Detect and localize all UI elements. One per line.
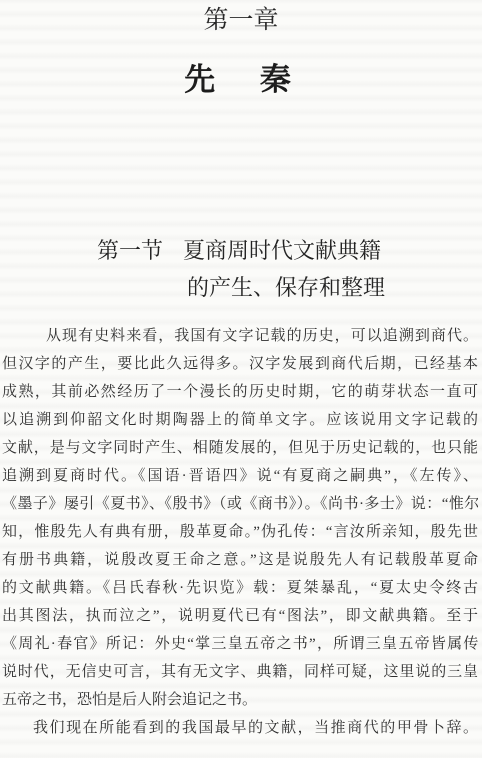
text-line: 文献，是与文字同时产生、相随发展的，但见于历史记载的，也只能 bbox=[2, 434, 478, 462]
text-line: 五帝之书，恐怕是后人附会追记之书。 bbox=[2, 686, 478, 714]
section-heading-block: 第一节夏商周时代文献典籍 的产生、保存和整理 bbox=[97, 232, 385, 306]
text-line: 出其图法，执而泣之”，说明夏代已有“图法”，即文献典籍。至于 bbox=[2, 602, 478, 630]
text-line: 《周礼·春官》所记：外史“掌三皇五帝之书”，所谓三皇五帝皆属传 bbox=[2, 630, 478, 658]
section-heading-line-1: 第一节夏商周时代文献典籍 bbox=[97, 232, 385, 269]
section-heading: 第一节夏商周时代文献典籍 的产生、保存和整理 bbox=[0, 232, 482, 306]
text-line: 追溯到夏商时代。《国语·晋语四》说“有夏商之嗣典”，《左传》、 bbox=[2, 462, 478, 490]
chapter-number: 第一章 bbox=[0, 0, 482, 35]
text-line: 我们现在所能看到的我国最早的文献，当推商代的甲骨卜辞。 bbox=[2, 714, 478, 742]
book-page: 第一章 先 秦 第一节夏商周时代文献典籍 的产生、保存和整理 从现有史料来看，我… bbox=[0, 0, 482, 758]
section-title-part-2: 的产生、保存和整理 bbox=[187, 269, 385, 306]
section-number: 第一节 bbox=[97, 238, 163, 263]
text-line: 但汉字的产生，要比此久远得多。汉字发展到商代后期，已经基本 bbox=[2, 350, 478, 378]
section-title-part-1: 夏商周时代文献典籍 bbox=[183, 238, 381, 263]
text-line: 从现有史料来看，我国有文字记载的历史，可以追溯到商代。 bbox=[2, 322, 478, 350]
text-line: 《墨子》屡引《夏书》、《殷书》（或《商书》）。《尚书·多士》说：“惟尔 bbox=[2, 490, 478, 518]
body-paragraphs: 从现有史料来看，我国有文字记载的历史，可以追溯到商代。 但汉字的产生，要比此久远… bbox=[0, 322, 482, 742]
text-line: 成熟，其前必然经历了一个漫长的历史时期，它的萌芽状态一直可 bbox=[2, 378, 478, 406]
chapter-title: 先 秦 bbox=[0, 61, 482, 99]
text-line: 有册书典籍，说殷改夏王命之意。”这是说殷先人有记载殷革夏命 bbox=[2, 546, 478, 574]
text-line: 知，惟殷先人有典有册，殷革夏命。”伪孔传：“言汝所亲知，殷先世 bbox=[2, 518, 478, 546]
text-line: 以追溯到仰韶文化时期陶器上的简单文字。应该说用文字记载的 bbox=[2, 406, 478, 434]
text-line: 的文献典籍。《吕氏春秋·先识览》载：夏桀暴乱，“夏太史令终古 bbox=[2, 574, 478, 602]
text-line: 说时代，无信史可言，其有无文字、典籍，同样可疑，这里说的三皇 bbox=[2, 658, 478, 686]
